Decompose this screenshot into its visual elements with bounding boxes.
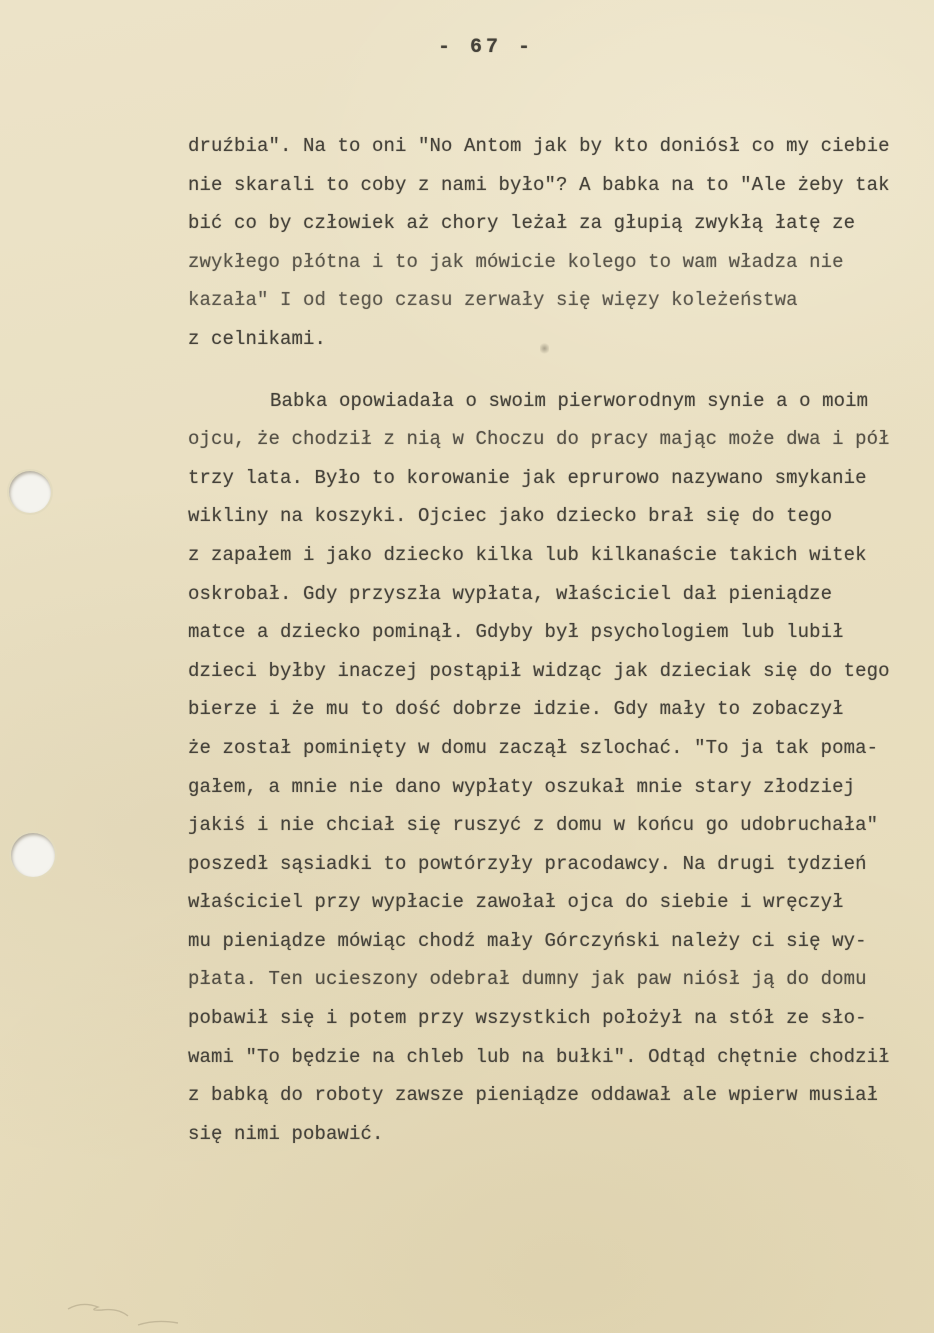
text-line: Babka opowiadała o swoim pierworodnym sy…	[188, 382, 904, 421]
text-line: poszedł sąsiadki to powtórzyły pracodawc…	[188, 845, 904, 884]
text-line: płata. Ten ucieszony odebrał dumny jak p…	[188, 960, 904, 999]
pencil-scribble	[60, 1295, 260, 1333]
text-line: zwykłego płótna i to jak mówicie kolego …	[188, 243, 904, 282]
page-number: - 67 -	[19, 36, 934, 59]
text-line: właściciel przy wypłacie zawołał ojca do…	[188, 883, 904, 922]
typewritten-text-block: druźbia". Na to oni "No Antom jak by kto…	[188, 127, 904, 1153]
hole-punch-top	[9, 471, 51, 513]
text-line: bierze i że mu to dość dobrze idzie. Gdy…	[188, 690, 904, 729]
text-line: trzy lata. Było to korowanie jak eprurow…	[188, 459, 904, 498]
text-line: się nimi pobawić.	[188, 1115, 904, 1154]
text-line: pobawił się i potem przy wszystkich poło…	[188, 999, 904, 1038]
text-line: matce a dziecko pominął. Gdyby był psych…	[188, 613, 904, 652]
text-line: z babką do roboty zawsze pieniądze oddaw…	[188, 1076, 904, 1115]
text-line: nie skarali to coby z nami było"? A babk…	[188, 166, 904, 205]
text-line: dzieci byłby inaczej postąpił widząc jak…	[188, 652, 904, 691]
text-line: wikliny na koszyki. Ojciec jako dziecko …	[188, 497, 904, 536]
text-line: mu pieniądze mówiąc chodź mały Górczyńsk…	[188, 922, 904, 961]
text-line: druźbia". Na to oni "No Antom jak by kto…	[188, 127, 904, 166]
ink-smudge	[540, 343, 549, 355]
text-line: ojcu, że chodził z nią w Choczu do pracy…	[188, 420, 904, 459]
text-line: bić co by człowiek aż chory leżał za głu…	[188, 204, 904, 243]
text-line: jakiś i nie chciał się ruszyć z domu w k…	[188, 806, 904, 845]
text-line: oskrobał. Gdy przyszła wypłata, właścici…	[188, 575, 904, 614]
text-line: gałem, a mnie nie dano wypłaty oszukał m…	[188, 768, 904, 807]
hole-punch-bottom	[11, 833, 55, 877]
text-line: z zapałem i jako dziecko kilka lub kilka…	[188, 536, 904, 575]
text-line: że został pominięty w domu zaczął szloch…	[188, 729, 904, 768]
paragraph-1: druźbia". Na to oni "No Antom jak by kto…	[188, 127, 904, 359]
paragraph-2: Babka opowiadała o swoim pierworodnym sy…	[188, 382, 904, 1154]
text-line: kazała" I od tego czasu zerwały się więz…	[188, 281, 904, 320]
text-line: wami "To będzie na chleb lub na bułki". …	[188, 1038, 904, 1077]
